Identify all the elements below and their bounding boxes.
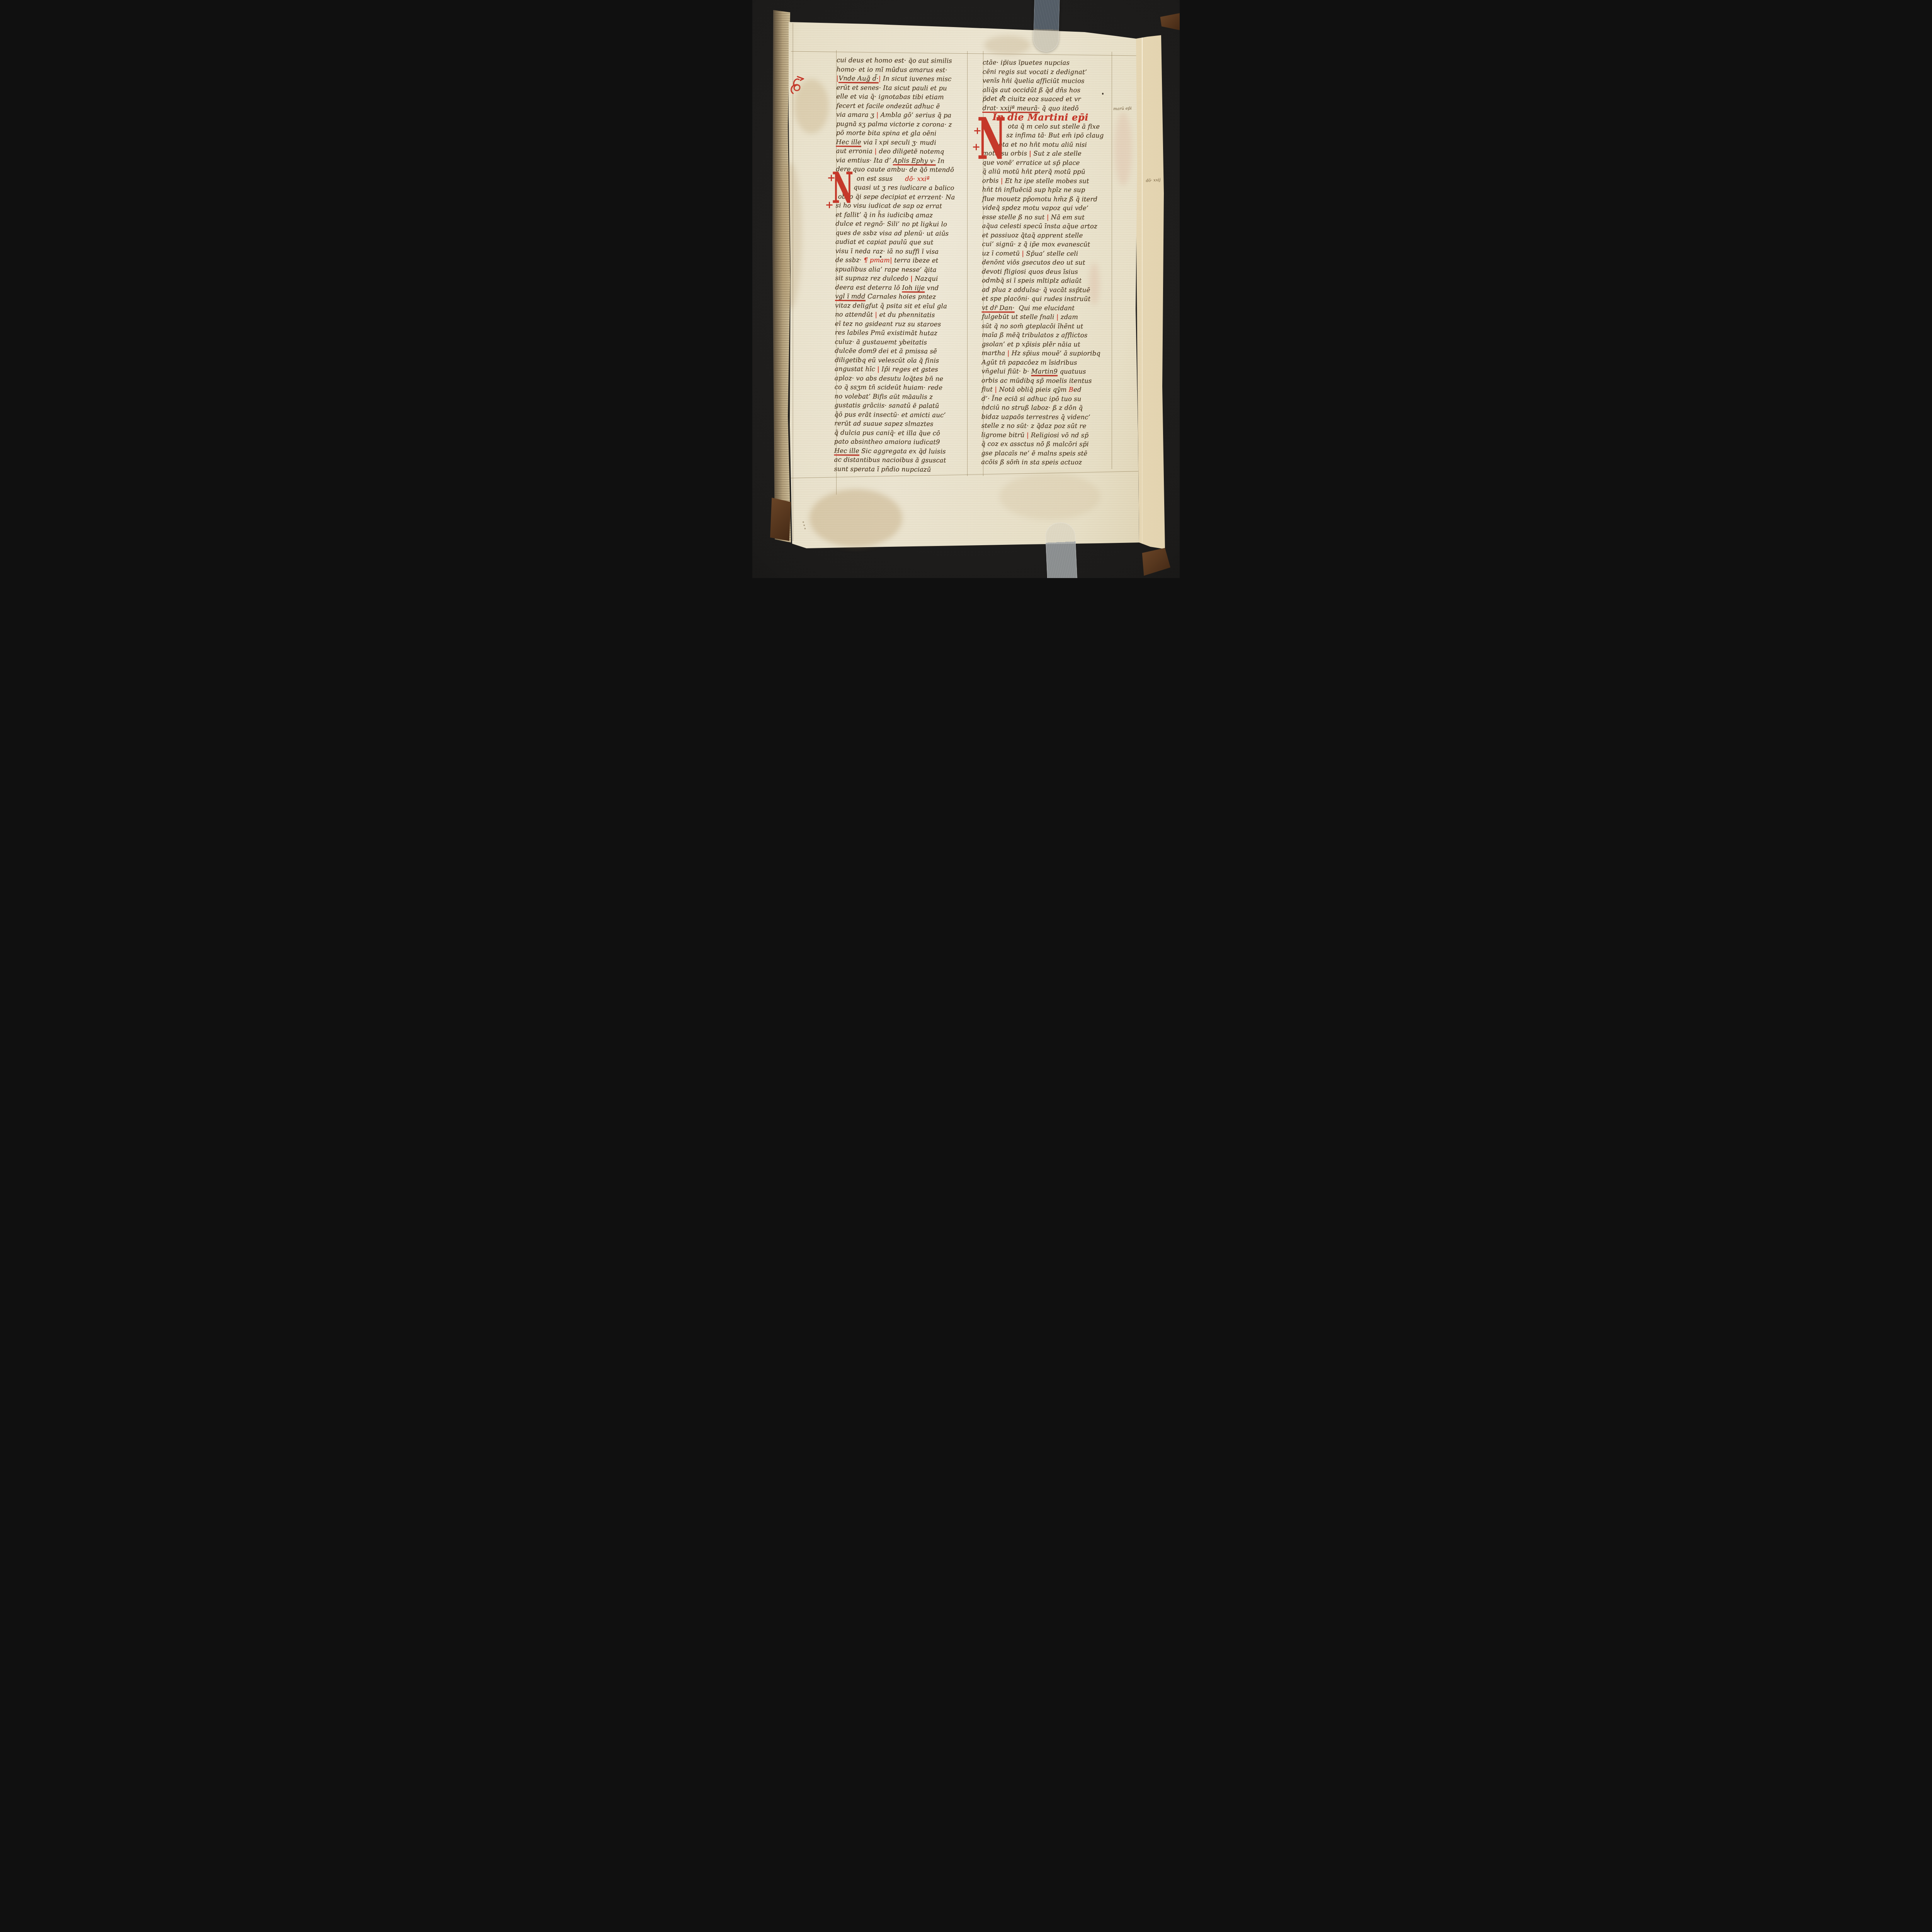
parchment-stain [794, 79, 829, 133]
red-flourish-sprig [828, 175, 835, 181]
transparent-clamp-top [1033, 0, 1060, 52]
ink-speck [1102, 93, 1104, 95]
red-offset-stain [1089, 263, 1099, 305]
red-flourish-sprig [973, 144, 980, 150]
manuscript-photo: cui deus et homo est· q̄o aut similishom… [752, 0, 1180, 578]
parchment-stain [810, 489, 902, 547]
pinhole-marks: ° ° ° [799, 521, 806, 531]
red-flourish-sprig [974, 128, 981, 134]
red-offset-stain [1115, 112, 1132, 185]
red-flourish-sprig [826, 202, 833, 208]
margin-note-martini: marū ep̄i [1113, 106, 1132, 111]
red-initial-N-left: N [832, 172, 853, 206]
ink-speck [880, 256, 881, 258]
transparent-clamp-bottom [1045, 522, 1077, 578]
ink-speck [1002, 95, 1003, 97]
decoration-layer: NNmarū ep̄idō· xxij° ° ° [752, 0, 1180, 578]
parchment-stain [984, 36, 1031, 55]
parchment-stain [1000, 473, 1100, 520]
margin-note-dominica: dō· xxij [1146, 177, 1161, 183]
red-initial-N-right: N [977, 116, 1006, 162]
parchment-stain [779, 162, 802, 309]
